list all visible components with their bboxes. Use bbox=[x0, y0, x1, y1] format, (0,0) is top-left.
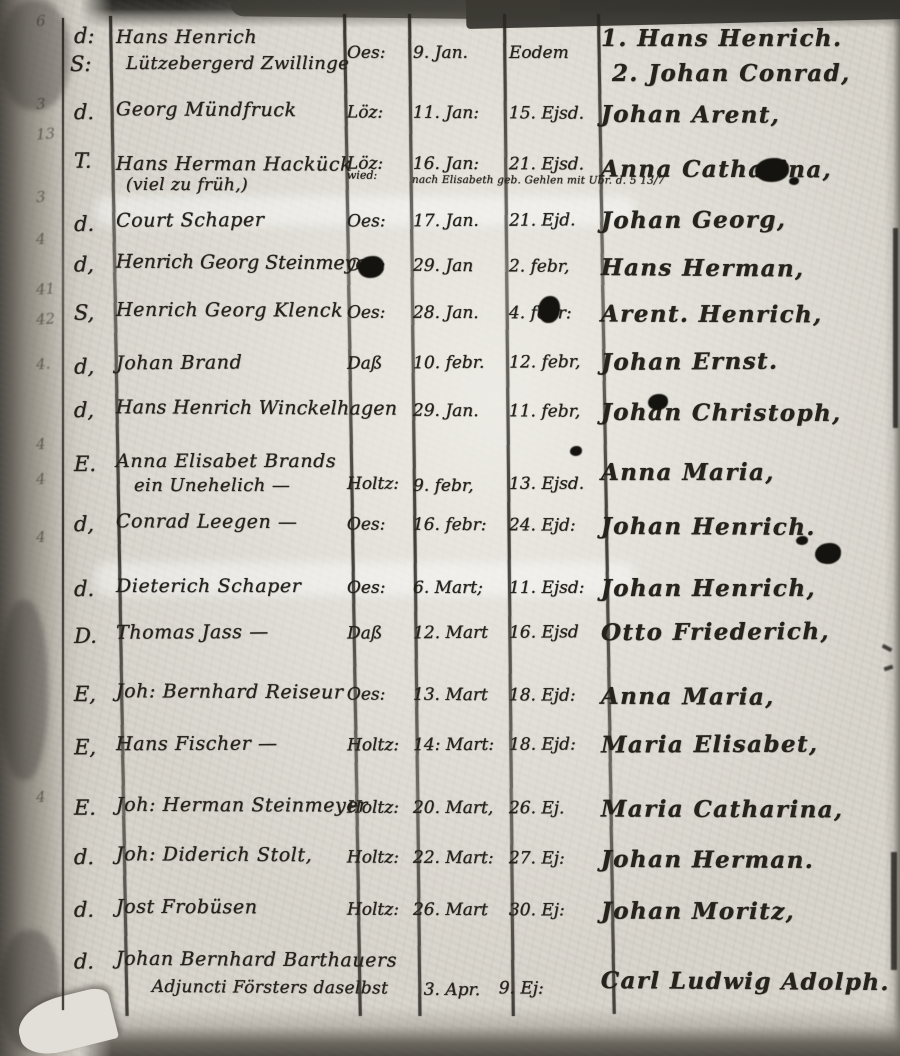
birth-date: 29. Jan bbox=[413, 256, 473, 276]
father-name: Thomas Jass — bbox=[116, 621, 269, 644]
birth-date: 26. Mart bbox=[413, 900, 488, 920]
register-entry: d. Joh: Diderich Stolt, Holtz: 22. Mart:… bbox=[0, 843, 900, 848]
margin-number-column: 63133441424.4444 bbox=[0, 0, 60, 1056]
register-entry: S, Henrich Georg Klenck Oes: 28. Jan. 4.… bbox=[0, 298, 900, 301]
child-name: Carl Ludwig Adolph. bbox=[601, 967, 890, 996]
birth-date: 22. Mart: bbox=[413, 848, 494, 868]
entry-mark: d. bbox=[74, 898, 94, 922]
margin-number: 6 bbox=[35, 12, 46, 31]
birth-date: 14: Mart: bbox=[413, 735, 494, 755]
father-name: Hans Herman Hackück bbox=[116, 153, 352, 176]
child-name: Arent. Henrich, bbox=[601, 301, 823, 329]
birth-date: 3. Apr. bbox=[424, 980, 481, 1000]
place-abbrev-note: wied: bbox=[347, 169, 377, 182]
entry-mark: d, bbox=[74, 252, 94, 276]
birth-date: 6. Mart; bbox=[413, 578, 483, 598]
entry-mark: d. bbox=[74, 845, 94, 869]
child-name: Otto Friederich, bbox=[601, 618, 830, 646]
baptism-date: 12. febr, bbox=[509, 352, 580, 372]
place-abbrev: Oes: bbox=[347, 211, 386, 231]
child-name: Johan Herman. bbox=[601, 846, 814, 874]
baptism-date: 9. Ej: bbox=[499, 978, 544, 998]
father-name: Conrad Leegen — bbox=[116, 510, 298, 533]
entry-mark: E, bbox=[74, 682, 96, 706]
place-abbrev: Holtz: bbox=[347, 735, 399, 755]
child-name: Maria Elisabet, bbox=[601, 731, 818, 759]
place-abbrev: Holtz: bbox=[347, 798, 399, 818]
child-name: Johan Henrich. bbox=[601, 513, 816, 541]
baptism-date: Eodem bbox=[509, 43, 569, 63]
birth-date: 12. Mart bbox=[413, 623, 488, 643]
father-name-line2: Lützebergerd Zwillinge bbox=[126, 53, 349, 74]
ink-blot bbox=[538, 296, 560, 323]
baptism-date: 18. Ejd: bbox=[509, 685, 576, 705]
margin-number: 4 bbox=[35, 788, 46, 807]
place-abbrev: Holtz: bbox=[347, 900, 399, 920]
child-name: Johan Georg, bbox=[601, 206, 786, 234]
father-name: Dieterich Schaper bbox=[116, 575, 301, 597]
entry-mark: E, bbox=[74, 735, 96, 759]
ink-blot bbox=[796, 536, 808, 545]
entry-mark: d: bbox=[74, 24, 95, 48]
baptism-date: 15. Ejsd. bbox=[509, 103, 584, 123]
margin-number: 4 bbox=[35, 470, 46, 489]
place-abbrev: Oes: bbox=[347, 578, 385, 598]
baptism-date: 30. Ej: bbox=[509, 900, 565, 920]
place-abbrev: Holtz: bbox=[347, 847, 399, 867]
baptism-date: 11. Ejsd: bbox=[509, 578, 584, 598]
place-abbrev: Oes: bbox=[347, 303, 386, 323]
entry-mark: T. bbox=[74, 149, 92, 173]
father-name-line2: Adjuncti Försters daselbst bbox=[152, 977, 389, 999]
father-name: Henrich Georg Steinmeyer, bbox=[116, 251, 380, 275]
child-name: Johan Moritz, bbox=[601, 898, 795, 926]
entry-mark: d. bbox=[74, 949, 94, 973]
baptism-date: 24. Ejd: bbox=[509, 515, 576, 535]
margin-number: 4 bbox=[35, 230, 46, 249]
baptism-date: 27. Ej: bbox=[509, 848, 565, 868]
child-name: Anna Maria, bbox=[601, 683, 775, 711]
birth-date: 29. Jan. bbox=[413, 401, 479, 421]
birth-date: 9. Jan. bbox=[413, 43, 468, 63]
birth-date: 10. febr. bbox=[413, 353, 484, 373]
register-entry: d, Conrad Leegen — Oes: 16. febr: 24. Ej… bbox=[0, 510, 900, 515]
birth-date: 11. Jan: bbox=[413, 103, 479, 123]
father-name: Johan Brand bbox=[116, 351, 242, 374]
child-name: Johan Henrich, bbox=[601, 575, 816, 602]
father-name: Joh: Diderich Stolt, bbox=[116, 843, 312, 866]
entry-mark: d, bbox=[74, 512, 94, 536]
register-entry: d. Georg Mündfruck Löz: 11. Jan: 15. Ejs… bbox=[0, 98, 900, 103]
margin-number: 4 bbox=[35, 435, 46, 454]
ink-blot bbox=[570, 446, 582, 456]
birth-date: 20. Mart, bbox=[413, 798, 493, 818]
birth-date: 17. Jan. bbox=[413, 211, 479, 231]
baptism-date: 21. Ejsd. bbox=[509, 154, 584, 174]
register-entry: d, Henrich Georg Steinmeyer, Oes: 29. Ja… bbox=[0, 250, 900, 256]
baptism-date: 21. Ejd. bbox=[509, 210, 576, 230]
father-name: Johan Bernhard Barthauers bbox=[116, 948, 397, 972]
place-abbrev: Oes: bbox=[347, 43, 385, 63]
register-entry: d, Hans Henrich Winckelhagen 29. Jan. 11… bbox=[0, 396, 900, 401]
father-name: Anna Elisabet Brands bbox=[116, 450, 336, 472]
entry-mark: d. bbox=[74, 100, 94, 124]
father-name: Hans Fischer — bbox=[116, 733, 278, 756]
register-entry: E, Joh: Bernhard Reiseur Oes: 13. Mart 1… bbox=[0, 680, 900, 685]
father-name: Jost Frobüsen bbox=[116, 896, 258, 918]
margin-number: 13 bbox=[35, 124, 55, 143]
place-abbrev: Oes: bbox=[347, 684, 386, 704]
place-abbrev: Löz: bbox=[347, 102, 383, 122]
register-entry: d. Jost Frobüsen Holtz: 26. Mart 30. Ej:… bbox=[0, 895, 900, 898]
register-entry: d, Johan Brand Daß 10. febr. 12. febr, J… bbox=[0, 347, 900, 353]
baptism-date: 2. febr, bbox=[509, 256, 570, 276]
page-right-edge bbox=[893, 228, 898, 428]
margin-scribble bbox=[884, 665, 894, 672]
place-abbrev: Oes: bbox=[347, 514, 386, 534]
entry-mark: d. bbox=[74, 577, 94, 601]
child-name: Anna Maria, bbox=[601, 459, 775, 486]
birth-date: 16. febr: bbox=[413, 515, 487, 535]
ink-blot bbox=[648, 394, 668, 410]
scanned-page: 63133441424.4444 d: S: Hans Henrich Lütz… bbox=[0, 0, 900, 1056]
father-name: Joh: Bernhard Reiseur bbox=[116, 680, 344, 703]
entry-mark: S: bbox=[70, 52, 91, 76]
father-name: Georg Mündfruck bbox=[116, 98, 297, 121]
father-name: Hans Henrich bbox=[116, 26, 257, 48]
entry-mark: D. bbox=[74, 624, 97, 648]
margin-scribble bbox=[882, 644, 893, 652]
register-entry: E, Hans Fischer — Holtz: 14: Mart: 18. E… bbox=[0, 730, 900, 733]
father-name: Joh: Herman Steinmeyer bbox=[116, 794, 368, 817]
baptism-date: 13. Ejsd. bbox=[509, 474, 584, 494]
register-entry: d. Johan Bernhard Barthauers Adjuncti Fö… bbox=[0, 947, 900, 953]
place-abbrev: Daß bbox=[347, 353, 382, 373]
father-name-line2: (viel zu früh,) bbox=[126, 175, 248, 195]
child-name: Johan Christoph, bbox=[601, 399, 842, 427]
child-name-line2: 2. Johan Conrad, bbox=[612, 60, 850, 87]
birth-date: 13. Mart bbox=[413, 685, 488, 705]
margin-number: 3 bbox=[35, 188, 46, 207]
child-name: Maria Catharina, bbox=[601, 796, 844, 824]
father-name: Court Schaper bbox=[116, 209, 265, 232]
entry-mark: E. bbox=[74, 796, 96, 820]
child-name: Hans Herman, bbox=[601, 254, 805, 282]
ink-blot bbox=[755, 158, 789, 182]
birth-date: 9. febr, bbox=[413, 476, 474, 496]
entry-mark: d, bbox=[74, 398, 94, 422]
entry-mark: E. bbox=[74, 452, 96, 476]
father-name-line2: ein Unehelich — bbox=[134, 475, 290, 496]
column-rule bbox=[62, 18, 64, 1010]
page-right-edge bbox=[891, 852, 897, 970]
baptism-date: 26. Ej. bbox=[509, 798, 565, 818]
entry-mark: d. bbox=[74, 212, 94, 236]
margin-number: 42 bbox=[35, 309, 55, 328]
father-name: Hans Henrich Winckelhagen bbox=[116, 396, 397, 419]
register-entry: T. Hans Herman Hackück (viel zu früh,) n… bbox=[0, 146, 900, 149]
child-name: Johan Arent, bbox=[601, 101, 780, 129]
register-entry: E. Joh: Herman Steinmeyer Holtz: 20. Mar… bbox=[0, 793, 900, 796]
place-abbrev: Daß bbox=[347, 623, 382, 643]
margin-number: 41 bbox=[35, 279, 55, 298]
margin-number: 4. bbox=[35, 355, 51, 374]
birth-date: 16. Jan: bbox=[413, 154, 479, 174]
entry-mark: S, bbox=[74, 301, 94, 325]
ink-blot bbox=[358, 256, 384, 278]
margin-number: 4 bbox=[35, 528, 46, 547]
baptism-date: 11. febr, bbox=[509, 401, 580, 421]
birth-date: 28. Jan. bbox=[413, 303, 479, 323]
father-name: Henrich Georg Klenck bbox=[116, 299, 343, 322]
baptism-date: 16. Ejsd bbox=[509, 622, 579, 642]
child-name: Johan Ernst. bbox=[601, 348, 779, 376]
ink-blot bbox=[789, 177, 799, 185]
entry-mark: d, bbox=[74, 354, 94, 378]
page-top-edge bbox=[230, 0, 560, 20]
child-name: 1. Hans Henrich. bbox=[601, 25, 842, 52]
ink-blot bbox=[815, 543, 841, 564]
place-abbrev: Holtz: bbox=[347, 474, 399, 494]
register-entry: D. Thomas Jass — Daß 12. Mart 16. Ejsd O… bbox=[0, 618, 900, 623]
margin-number: 3 bbox=[35, 95, 46, 114]
baptism-date: 18. Ejd: bbox=[509, 735, 576, 755]
